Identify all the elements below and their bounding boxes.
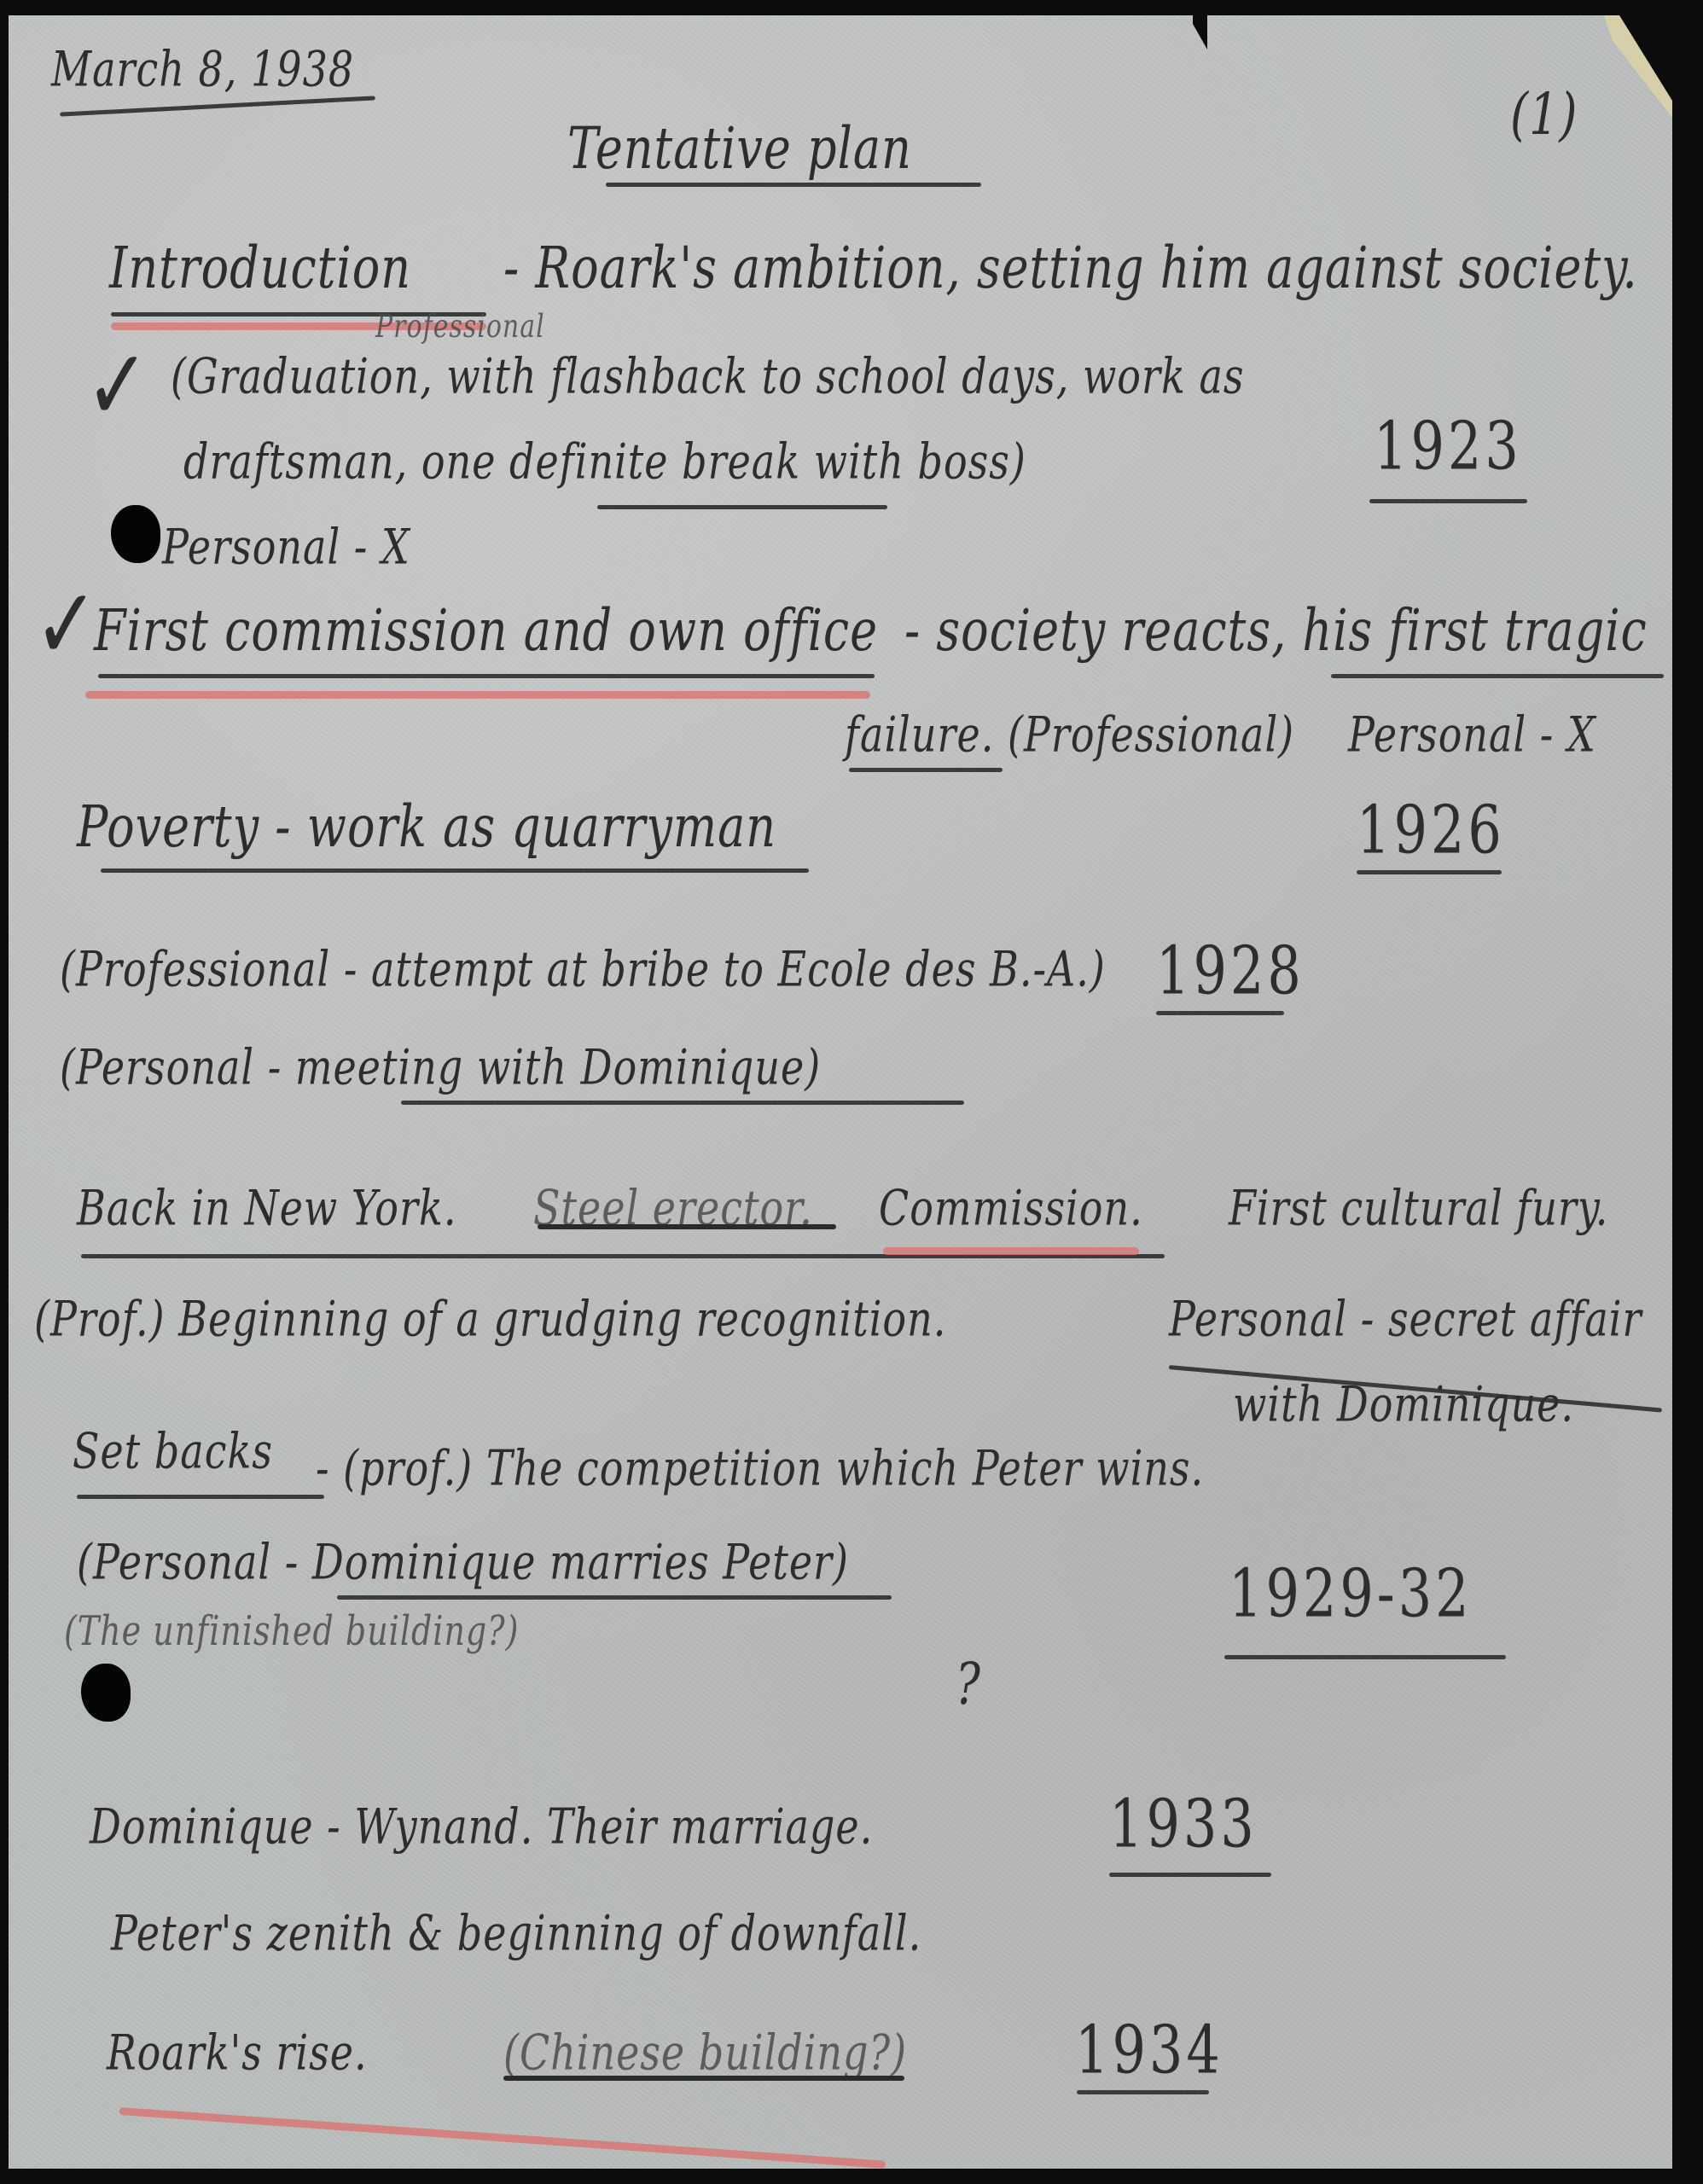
title-underline — [606, 183, 981, 187]
section-3-personal: (Personal - meeting with Dominique) — [60, 1038, 821, 1096]
marries-underline — [337, 1595, 892, 1600]
section-3-underline — [101, 868, 809, 873]
strikethrough — [503, 2076, 904, 2081]
year-1928-underline — [1156, 1011, 1284, 1015]
line-dominique-wynand: Dominique - Wynand. Their marriage. — [90, 1798, 873, 1856]
year-1928: 1928 — [1156, 932, 1305, 1009]
section-3-heading: Poverty - work as quarryman — [77, 793, 776, 860]
year-1926: 1926 — [1357, 791, 1505, 868]
section-1-insertion: Professional — [375, 308, 545, 346]
commission-red-underline — [883, 1247, 1139, 1255]
definite-break-underline — [597, 505, 887, 509]
section-2-personal: Personal - X — [1348, 706, 1596, 764]
section-3-professional: (Professional - attempt at bribe to Ecol… — [60, 940, 1106, 998]
year-1929-32: 1929-32 — [1229, 1554, 1473, 1632]
first-tragic-underline — [1331, 674, 1664, 678]
section-4-commission: Commission. — [879, 1179, 1143, 1237]
year-1926-underline — [1357, 870, 1502, 874]
section-4-personal: Personal - secret affair — [1169, 1290, 1642, 1348]
year-1929-32-underline — [1224, 1655, 1506, 1659]
page-title: Tentative plan — [567, 114, 912, 182]
year-1934-underline — [1077, 2090, 1209, 2094]
section-2-heading: First commission and own office — [94, 596, 878, 664]
section-5-heading: Set backs — [73, 1422, 273, 1480]
section-1-detail-2: draftsman, one definite break with boss) — [183, 433, 1026, 491]
line-roark-rise: Roark's rise. — [107, 2024, 368, 2082]
section-4-line2: (Prof.) Beginning of a grudging recognit… — [34, 1290, 946, 1348]
checkmark-icon: ✓ — [34, 566, 98, 683]
year-1933-underline — [1109, 1873, 1271, 1877]
page-number: (1) — [1510, 80, 1578, 148]
year-1934: 1934 — [1075, 2011, 1223, 2088]
section-2-text2: failure. (Professional) — [845, 706, 1294, 764]
strikethrough — [538, 1224, 836, 1229]
section-5-personal: (Personal - Dominique marries Peter) — [77, 1533, 849, 1591]
section-5-underline — [77, 1495, 324, 1499]
roark-rise-struck: (Chinese building?) — [503, 2024, 907, 2082]
meeting-underline — [401, 1101, 964, 1105]
section-1-heading: Introduction — [109, 234, 411, 301]
failure-underline — [849, 768, 1003, 772]
punch-hole-bottom — [81, 1664, 131, 1722]
section-1-text: - Roark's ambition, setting him against … — [503, 234, 1638, 301]
section-5-note: (The unfinished building?) — [64, 1607, 519, 1654]
section-2-text: - society reacts, his first tragic — [904, 596, 1648, 664]
section-4-personal2: with Dominique. — [1233, 1375, 1574, 1433]
line-peter-zenith: Peter's zenith & beginning of downfall. — [111, 1904, 921, 1962]
checkmark-icon: ✓ — [85, 328, 149, 444]
year-1923: 1923 — [1374, 407, 1522, 485]
year-1933: 1933 — [1109, 1785, 1258, 1862]
section-1-personal: Personal - X — [162, 518, 410, 576]
section-2-red-underline — [85, 691, 870, 699]
section-2-underline — [98, 674, 875, 678]
section-4-text: First cultural fury. — [1229, 1179, 1608, 1237]
question-mark: ? — [956, 1650, 981, 1717]
date: March 8, 1938 — [51, 40, 354, 98]
section-1-detail-1: (Graduation, with flashback to school da… — [171, 347, 1245, 405]
punch-hole-top — [111, 505, 160, 563]
year-1923-underline — [1369, 499, 1527, 503]
section-4-heading: Back in New York. — [77, 1179, 456, 1237]
section-5-text: - (prof.) The competition which Peter wi… — [316, 1439, 1204, 1497]
